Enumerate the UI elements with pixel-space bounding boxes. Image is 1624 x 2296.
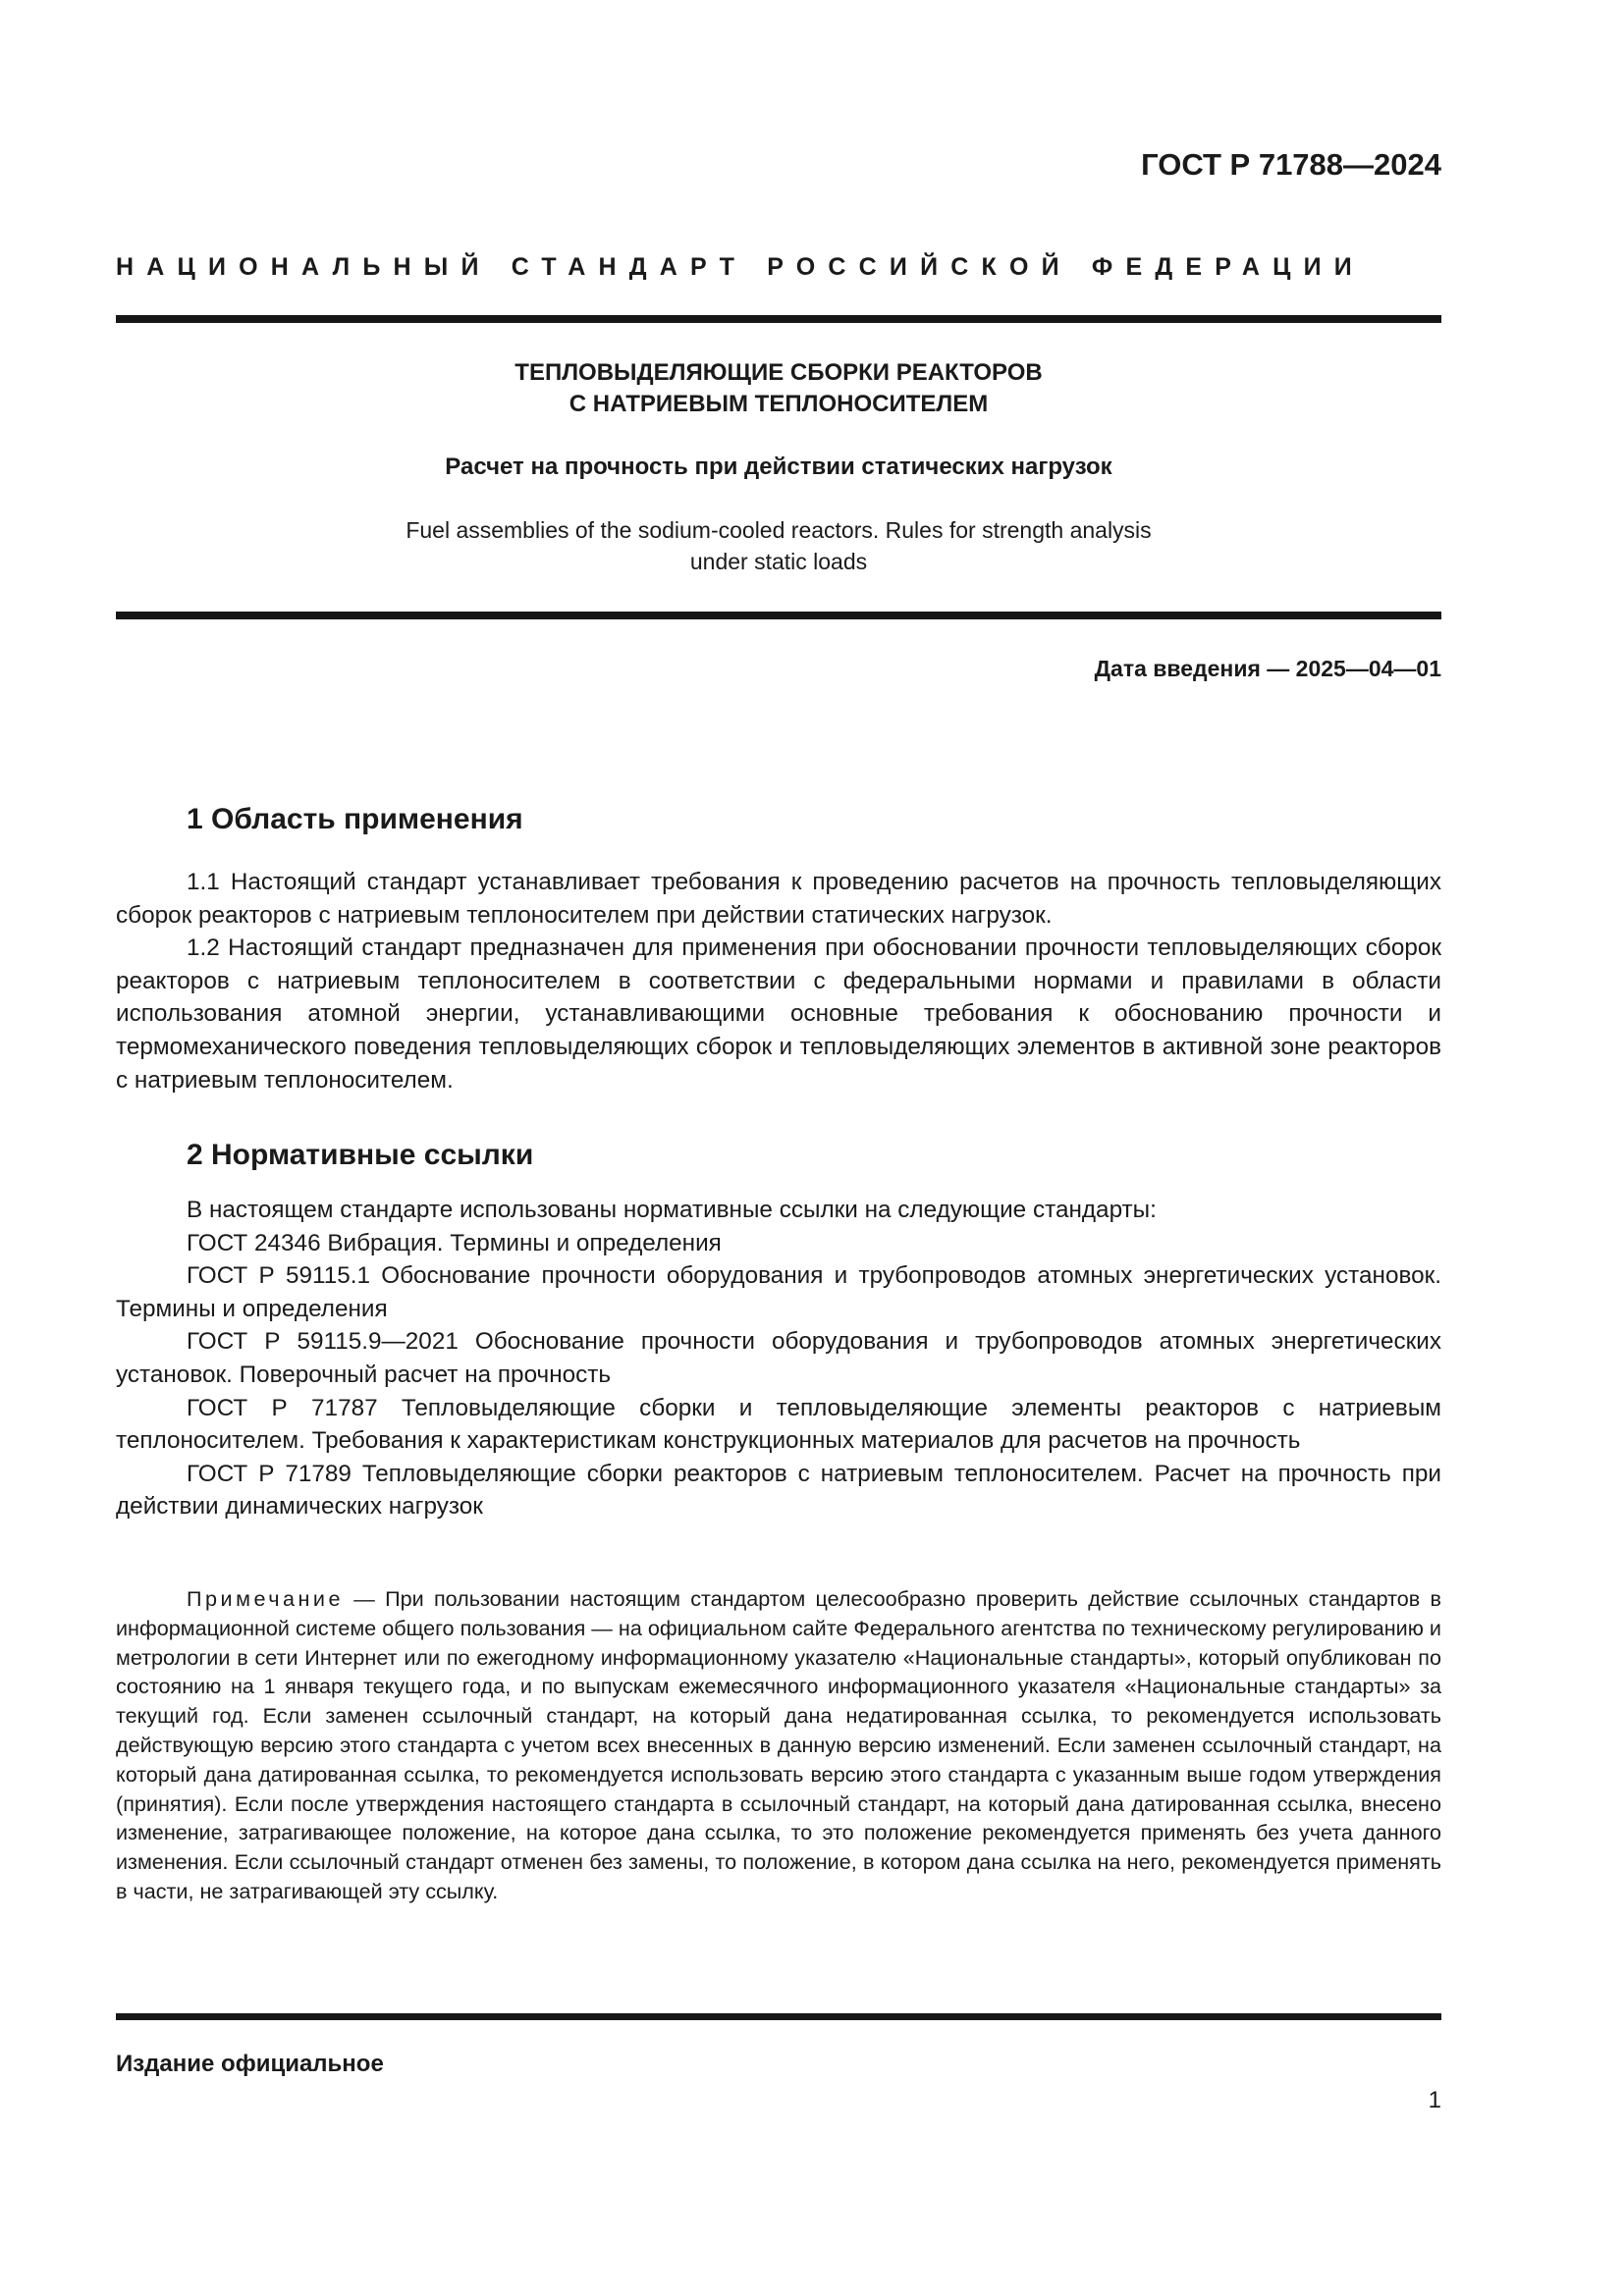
section-scope: 1 Область применения 1.1 Настоящий станд… (116, 803, 1441, 1096)
note-block: Примечание — При пользовании настоящим с… (116, 1584, 1441, 1906)
title-line-2: С НАТРИЕВЫМ ТЕПЛОНОСИТЕЛЕМ (116, 389, 1441, 420)
reference-item: ГОСТ Р 71787 Тепловыделяющие сборки и те… (116, 1392, 1441, 1458)
reference-item: ГОСТ Р 71789 Тепловыделяющие сборки реак… (116, 1458, 1441, 1523)
section-normative-references: 2 Нормативные ссылки В настоящем стандар… (116, 1139, 1441, 1523)
section-heading: 1 Область применения (187, 803, 1441, 836)
note-label: Примечание (187, 1586, 344, 1611)
english-title-line-2: under static loads (116, 546, 1441, 577)
bottom-divider (116, 2013, 1441, 2020)
document-subtitle: Расчет на прочность при действии статиче… (116, 454, 1441, 481)
reference-item: ГОСТ 24346 Вибрация. Термины и определен… (116, 1227, 1441, 1260)
reference-item: ГОСТ Р 59115.9—2021 Обоснование прочност… (116, 1325, 1441, 1391)
edition-label: Издание официальное (116, 2051, 384, 2078)
top-divider (116, 315, 1441, 323)
paragraph: 1.2 Настоящий стандарт предназначен для … (116, 932, 1441, 1096)
paragraph: В настоящем стандарте использованы норма… (116, 1194, 1441, 1227)
title-divider (116, 612, 1441, 619)
english-title-line-1: Fuel assemblies of the sodium-cooled rea… (116, 514, 1441, 546)
reference-item: ГОСТ Р 59115.1 Обоснование прочности обо… (116, 1259, 1441, 1325)
english-title: Fuel assemblies of the sodium-cooled rea… (116, 514, 1441, 577)
section-heading: 2 Нормативные ссылки (187, 1139, 1441, 1172)
note-text: — При пользовании настоящим стандартом ц… (116, 1586, 1441, 1903)
page-number: 1 (1429, 2087, 1441, 2114)
effective-date: Дата введения — 2025—04—01 (1095, 656, 1441, 682)
national-standard-heading: НАЦИОНАЛЬНЫЙ СТАНДАРТ РОССИЙСКОЙ ФЕДЕРАЦ… (116, 253, 1441, 282)
document-code: ГОСТ Р 71788—2024 (1141, 147, 1441, 183)
paragraph: 1.1 Настоящий стандарт устанавливает тре… (116, 866, 1441, 932)
title-line-1: ТЕПЛОВЫДЕЛЯЮЩИЕ СБОРКИ РЕАКТОРОВ (116, 357, 1441, 389)
document-title: ТЕПЛОВЫДЕЛЯЮЩИЕ СБОРКИ РЕАКТОРОВ С НАТРИ… (116, 357, 1441, 420)
